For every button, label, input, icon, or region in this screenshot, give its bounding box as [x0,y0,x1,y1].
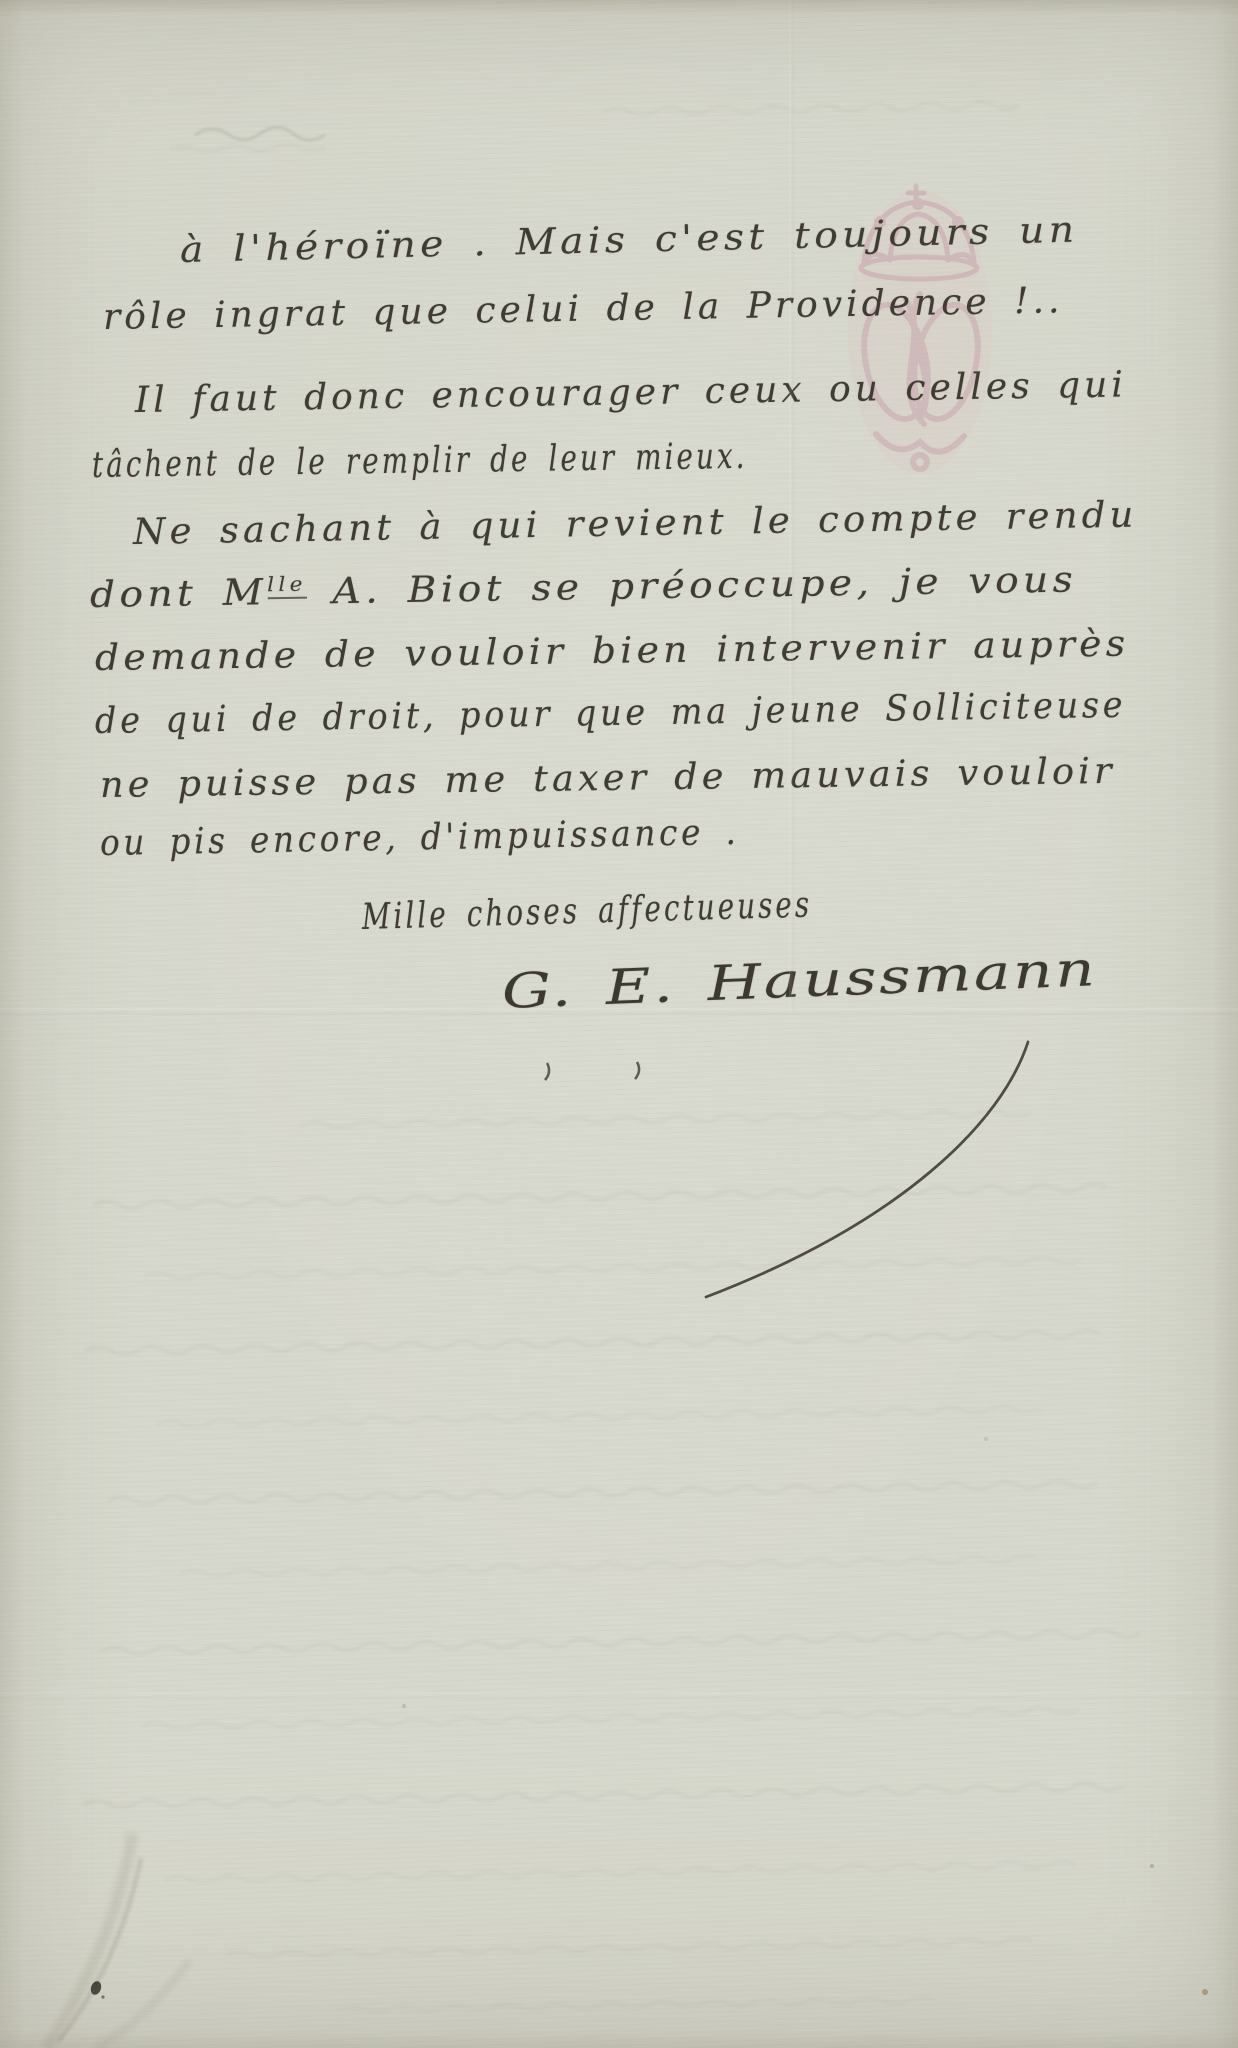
letter-line-3: Il faut donc encourager ceux ou celles q… [135,367,1127,419]
paper-specks [402,1437,1208,1995]
ink-fleck [89,1980,105,1999]
line6-suffix: A. Biot se préoccupe, je vous [307,559,1078,612]
corner-smudge [46,1833,190,2048]
fold-crease-horizontal-2 [0,1692,1238,1699]
letter-line-1: à l'héroïne . Mais c'est toujours un [180,213,1079,269]
letter-line-8: de qui de droit, pour que ma jeune Solli… [95,688,1127,740]
pencil-scribble [195,127,325,140]
letter-line-7: demande de vouloir bien intervenir auprè… [95,627,1130,677]
letter-line-10: ou pis encore, d'impuissance . [100,815,740,862]
mademoiselle-superscript: lle [267,573,307,600]
letter-line-6: dont Mlle A. Biot se préoccupe, je vous [90,562,1078,614]
valediction: Mille choses affectueuses [361,887,812,936]
letter-line-4: tâchent de le remplir de leur mieux. [92,439,748,484]
line6-prefix: dont M [90,572,268,616]
signature: G. E. Haussmann [501,945,1098,1016]
letter-page: à l'héroïne . Mais c'est toujours un rôl… [0,0,1238,2048]
letter-line-5: Ne sachant à qui revient le compte rendu [133,497,1138,551]
letter-line-2: rôle ingrat que celui de la Providence !… [103,283,1064,336]
letter-line-9: ne puisse pas me taxer de mauvais vouloi… [100,754,1116,804]
